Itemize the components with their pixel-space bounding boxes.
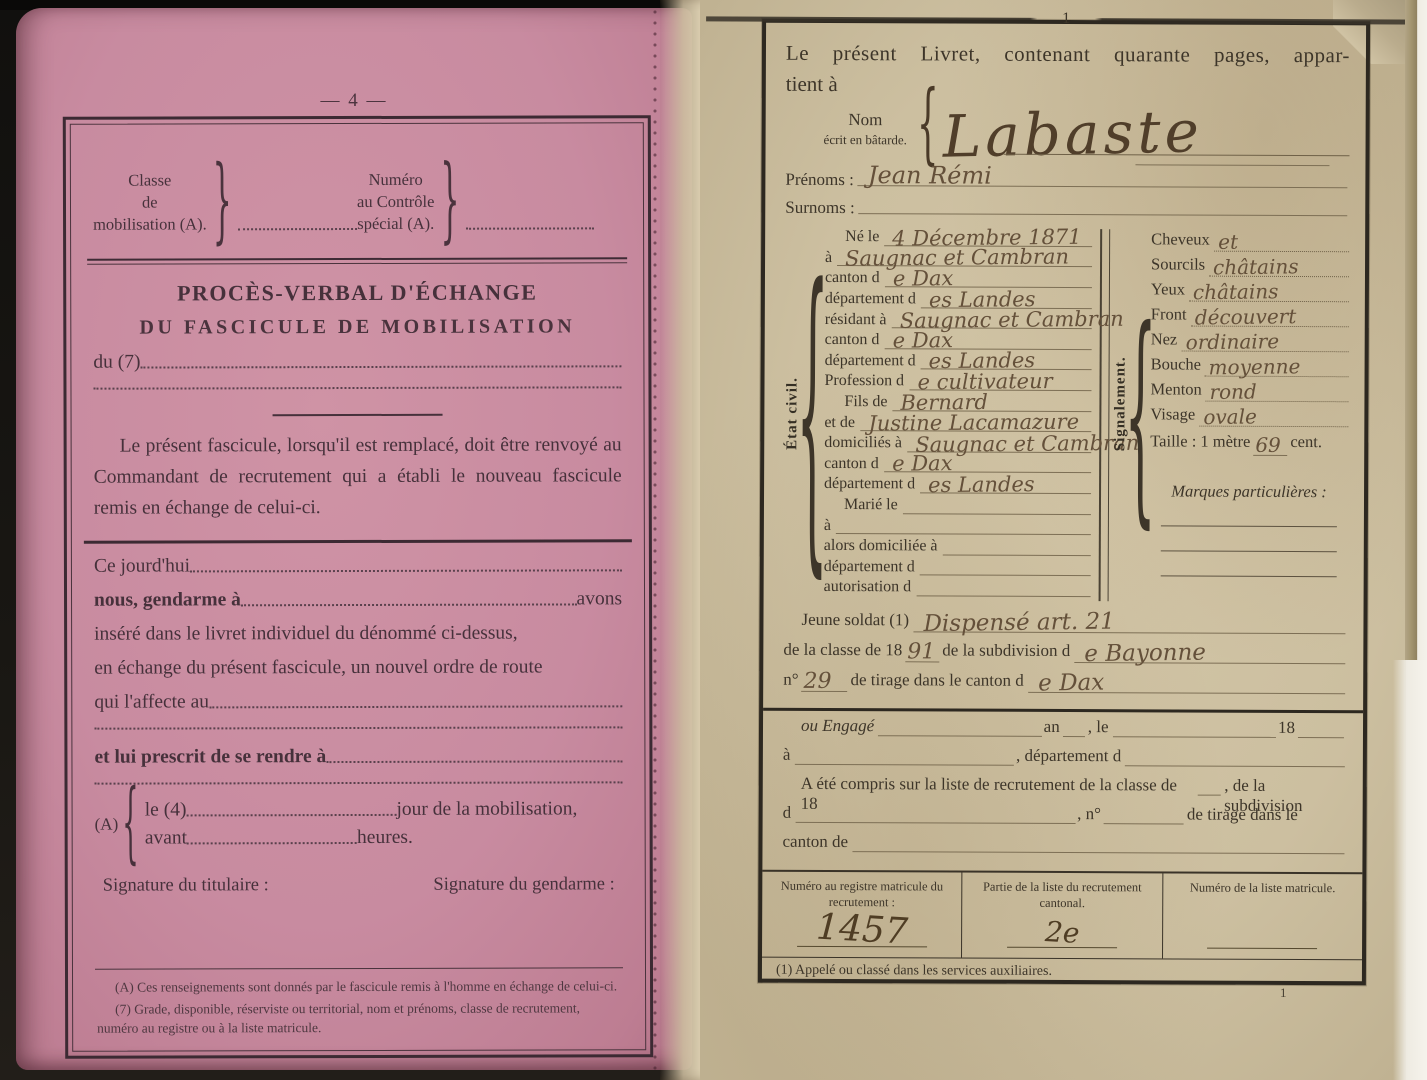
civil-field-row: àSaugnac et Cambran <box>825 249 1092 271</box>
field-label: canton d <box>825 331 880 349</box>
registre-handwritten-value: 1457 <box>815 911 908 949</box>
blank-line <box>1161 576 1337 578</box>
dotted-blank-line <box>93 384 621 389</box>
etat-civil-brace-icon: { <box>804 228 822 600</box>
field-label: Fils de <box>824 393 887 411</box>
brace-icon: } <box>440 147 459 256</box>
insere-line-1: inséré dans le livret individuel du déno… <box>94 622 622 645</box>
blank-line <box>1125 763 1345 767</box>
field-label: canton d <box>824 455 879 473</box>
prenoms-label: Prénoms : <box>785 170 854 190</box>
etat-civil-signalement-section: État civil. { Né le4 Décembre 1871 àSaug… <box>784 228 1350 602</box>
signalement-fields: Cheveuxet Sourcilschâtains Yeuxchâtains … <box>1148 230 1350 603</box>
mobilisation-header: Classe de mobilisation (A). } Numéro au … <box>93 155 621 248</box>
right-page-frame: 1 Le présent Livret, contenant quarante … <box>758 19 1370 986</box>
civil-field-row: département des Landes <box>824 475 1091 497</box>
heures-label: heures. <box>357 826 413 848</box>
field-label: canton d <box>825 269 880 287</box>
signalement-row: Frontdécouvert <box>1151 305 1349 331</box>
col-header: Numéro de la liste matricule. <box>1178 880 1347 897</box>
field-handwritten-value: e Dax <box>893 266 954 291</box>
engage-row-1: ou Engagé an , le 18 <box>783 716 1347 742</box>
table-col-registre: Numéro au registre matricule du recrutem… <box>762 872 963 958</box>
title-line-1: PROCÈS-VERBAL D'ÉCHANGE <box>93 279 621 306</box>
intro-line-1: Le présent Livret, contenant quarante pa… <box>786 41 1350 68</box>
field-line: châtains <box>1189 299 1349 303</box>
subdivision-line: e Bayonne <box>1074 660 1345 664</box>
canton-row: canton de <box>782 832 1346 858</box>
jeune-soldat-handwritten-value: Dispensé art. 21 <box>923 609 1115 638</box>
tirage-label: de tirage dans le canton d <box>850 670 1023 691</box>
notice-paragraph: Le présent fascicule, lorsqu'il est remp… <box>94 429 622 524</box>
ce-jourdhui-row: Ce jourd'hui <box>94 554 622 577</box>
left-page-inner: Classe de mobilisation (A). } Numéro au … <box>70 122 646 1051</box>
blank-line <box>1063 734 1085 737</box>
signature-titulaire-label: Signature du titulaire : <box>103 875 269 896</box>
civil-field-row: département d <box>824 558 1091 580</box>
field-line: châtains <box>1209 274 1349 278</box>
canton-de-label: canton de <box>782 832 848 852</box>
prenoms-row: Prénoms : Jean Rémi <box>785 170 1349 192</box>
field-handwritten-value: châtains <box>1213 254 1299 279</box>
signalement-row: Nezordinaire <box>1151 330 1349 356</box>
blank-line <box>794 762 1014 766</box>
surnoms-row: Surnoms : <box>785 198 1349 220</box>
surnoms-line <box>859 211 1348 216</box>
field-line: ovale <box>1199 424 1348 428</box>
col-value-line: 2e <box>1007 920 1117 948</box>
signature-row: Signature du titulaire : Signature du ge… <box>95 874 623 896</box>
compris-no-label: , n° <box>1077 804 1101 824</box>
field-line: et <box>1214 249 1349 253</box>
left-footnotes: (A) Ces renseignements sont donnés par l… <box>95 968 623 1051</box>
left-page-pink: — 4 — Classe de mobilisation (A). } <box>16 8 692 1070</box>
dix-huit-label: 18 <box>1278 718 1295 738</box>
right-footnote: (1) Appelé ou classé dans les services a… <box>762 957 1362 982</box>
field-label: et de <box>824 413 855 431</box>
signalement-brace-icon: { <box>1132 229 1150 601</box>
title-line-2: DU FASCICULE DE MOBILISATION <box>93 315 621 339</box>
field-handwritten-value: Saugnac et Cambran <box>845 245 1069 271</box>
numero-group: Numéro au Contrôle spécial (A). } <box>357 168 621 235</box>
field-handwritten-value: et <box>1218 230 1238 254</box>
departement-label: , département d <box>1016 746 1121 766</box>
avant-label: avant <box>145 827 187 849</box>
surnoms-label: Surnoms : <box>785 198 855 218</box>
col-header: Partie de la liste du recrutement canton… <box>977 879 1147 912</box>
jour-mobilisation-label: jour de la mobilisation, <box>396 798 577 820</box>
taille-handwritten-value: 69 <box>1255 433 1281 457</box>
a-reference: (A) <box>95 814 119 834</box>
field-handwritten-value: ordinaire <box>1185 329 1279 354</box>
blank-line <box>1161 526 1337 528</box>
left-page-border-box: Classe de mobilisation (A). } Numéro au … <box>63 115 653 1059</box>
engage-label: ou Engagé <box>783 716 874 736</box>
compris-d-label: d <box>783 803 792 823</box>
field-handwritten-value: découvert <box>1194 304 1296 329</box>
blank-line <box>1197 793 1221 796</box>
mobilisation-day-section: (A) { le (4) jour de la mobilisation, av… <box>95 798 623 849</box>
classe-label-l3: mobilisation (A). <box>93 214 207 237</box>
compris-label-1: A été compris sur la liste de recrutemen… <box>783 774 1195 816</box>
civil-field-row: à <box>824 516 1091 538</box>
field-line <box>943 552 1091 556</box>
taille-row: Taille : 1 mètre 69 cent. <box>1150 432 1348 461</box>
dotted-blank-line <box>141 363 622 368</box>
etat-civil-fields: Né le4 Décembre 1871 àSaugnac et Cambran… <box>820 228 1093 601</box>
column-divider <box>1099 229 1111 601</box>
compris-tirage-label: de tirage dans le <box>1187 805 1298 825</box>
nom-label-block: Nom écrit en bâtarde. <box>824 110 908 148</box>
field-label: département d <box>825 352 916 370</box>
tirage-handwritten-value: e Dax <box>1038 670 1104 697</box>
classe-group: Classe de mobilisation (A). } <box>93 169 357 236</box>
blank-line <box>1112 734 1276 738</box>
field-line <box>920 573 1091 577</box>
signature-gendarme-label: Signature du gendarme : <box>433 874 614 895</box>
field-line: rond <box>1206 399 1349 403</box>
compris-row-1: A été compris sur la liste de recrutemen… <box>783 774 1347 800</box>
affecte-row: qui l'affecte au <box>94 690 622 713</box>
signalement-row: Cheveuxet <box>1151 230 1349 256</box>
classe-row: de la classe de 18 91 de la subdivision … <box>783 640 1347 668</box>
classe-label-l2: de <box>93 191 207 214</box>
numero-label: Numéro au Contrôle spécial (A). <box>357 168 435 235</box>
field-label: résidant à <box>825 311 887 329</box>
field-label: Marié le <box>824 496 898 514</box>
dotted-blank-line <box>190 567 622 572</box>
numero-label-l3: spécial (A). <box>357 213 435 235</box>
subdivision-label: de la subdivision d <box>942 641 1070 662</box>
numero-label-l1: Numéro <box>357 168 435 190</box>
field-handwritten-value: moyenne <box>1209 354 1301 379</box>
field-line: Saugnac et Cambran <box>837 263 1092 267</box>
col-value-line: 1457 <box>797 913 927 947</box>
signalement-row: Visageovale <box>1150 405 1348 431</box>
civil-field-row: résidant àSaugnac et Cambran <box>825 311 1092 333</box>
jeune-soldat-row: Jeune soldat (1) Dispensé art. 21 <box>783 610 1347 638</box>
nom-underline-2 <box>1135 164 1329 166</box>
tirage-line: e Dax <box>1028 690 1345 694</box>
classe-label-l1: Classe <box>93 169 207 192</box>
gendarme-row: nous, gendarme à avons <box>94 588 622 611</box>
nom-row: Nom écrit en bâtarde. { Labaste <box>785 99 1349 165</box>
a-lines: le (4) jour de la mobilisation, avant he… <box>145 798 623 849</box>
field-handwritten-value: rond <box>1210 380 1258 405</box>
field-label: département d <box>824 475 915 493</box>
numero-handwritten-value: 29 <box>803 669 831 694</box>
footnote-a: (A) Ces renseignements sont donnés par l… <box>97 977 621 998</box>
gendarme-label: nous, gendarme à <box>94 589 241 611</box>
field-label: Profession d <box>824 372 904 390</box>
affecte-label: qui l'affecte au <box>94 691 209 713</box>
field-handwritten-value: es Landes <box>928 472 1035 497</box>
le4-row: le (4) jour de la mobilisation, <box>145 798 623 821</box>
field-label: Menton <box>1150 380 1201 400</box>
blank-row <box>95 779 623 789</box>
blank-line <box>1104 821 1184 824</box>
field-line <box>836 531 1091 535</box>
matricule-table: Numéro au registre matricule du recrutem… <box>762 870 1362 959</box>
dotted-blank-line <box>326 758 622 763</box>
table-col-partie-liste: Partie de la liste du recrutement canton… <box>962 873 1163 959</box>
signalement-row: Bouchemoyenne <box>1151 355 1349 381</box>
civil-field-row: Marié le <box>824 496 1091 518</box>
dotted-blank-line <box>187 840 357 844</box>
classe-line: 91 <box>905 659 939 662</box>
scanner-bed-white <box>1393 660 1427 1080</box>
field-label: autorisation d <box>824 578 912 596</box>
blank-row <box>94 724 622 734</box>
prenoms-handwritten-value: Jean Rémi <box>868 161 992 190</box>
field-handwritten-value: ovale <box>1203 405 1257 430</box>
taille-label: Taille : 1 mètre <box>1150 432 1250 452</box>
an-label: an <box>1044 717 1060 737</box>
field-label: Sourcils <box>1151 255 1205 275</box>
field-label: Cheveux <box>1151 230 1210 250</box>
nom-label: Nom <box>824 110 907 130</box>
marques-block: Marques particulières : <box>1150 482 1348 578</box>
field-label: département d <box>824 558 915 576</box>
du-row: du (7) <box>93 350 621 373</box>
field-handwritten-value: châtains <box>1193 279 1279 304</box>
blank-line <box>878 733 1042 737</box>
blank-line <box>1161 551 1337 553</box>
classe-handwritten-value: 91 <box>907 640 935 665</box>
blank-row <box>93 384 621 394</box>
blank-line <box>1298 735 1344 738</box>
avons-label: avons <box>577 588 623 610</box>
classe-label: de la classe de 18 <box>783 640 902 661</box>
subdivision-handwritten-value: e Bayonne <box>1084 640 1206 668</box>
field-label: alors domiciliée à <box>824 537 938 555</box>
left-page-number: — 4 — <box>16 90 692 112</box>
field-line: découvert <box>1191 324 1349 328</box>
tirage-row: n° 29 de tirage dans le canton d e Dax <box>783 670 1347 698</box>
classe-label: Classe de mobilisation (A). <box>93 169 207 236</box>
blank-line <box>795 820 1075 824</box>
a-label: à <box>783 745 791 765</box>
ce-jourdhui-label: Ce jourd'hui <box>94 555 190 577</box>
dotted-blank-line <box>238 226 357 230</box>
dotted-blank-line <box>186 811 396 816</box>
right-page-content: Le présent Livret, contenant quarante pa… <box>762 23 1366 982</box>
col-value-line <box>1207 928 1317 949</box>
right-page-number-bottom: 1 <box>1280 985 1287 1001</box>
scanned-military-booklet: — 4 — Classe de mobilisation (A). } <box>0 0 1427 1080</box>
le-label: , le <box>1088 717 1109 737</box>
jeune-soldat-label: Jeune soldat (1) <box>783 610 909 631</box>
intro-line-2: tient à <box>786 72 1350 99</box>
numero-line: 29 <box>801 689 847 692</box>
dotted-blank-line <box>94 724 622 729</box>
blank-line <box>852 849 1344 854</box>
field-label: Né le <box>825 228 879 246</box>
engage-section: ou Engagé an , le 18 à , département d <box>782 711 1347 858</box>
field-label: Visage <box>1150 405 1195 425</box>
jeune-soldat-line: Dispensé art. 21 <box>913 630 1345 635</box>
nom-sublabel: écrit en bâtarde. <box>824 132 907 148</box>
dotted-blank-line <box>95 779 623 784</box>
signalement-row: Mentonrond <box>1150 380 1348 406</box>
rendre-row: et lui prescrit de se rendre à <box>94 745 622 768</box>
field-line: es Landes <box>920 490 1091 494</box>
civil-field-row: alors domiciliée à <box>824 537 1091 559</box>
thick-rule <box>84 539 632 543</box>
engage-row-2: à , département d <box>783 745 1347 771</box>
dotted-blank-line <box>466 226 594 230</box>
dotted-blank-line <box>241 601 577 606</box>
field-label: département d <box>825 290 916 308</box>
field-line: moyenne <box>1205 374 1349 378</box>
jeune-soldat-section: Jeune soldat (1) Dispensé art. 21 de la … <box>783 606 1347 698</box>
double-rule <box>87 257 627 264</box>
insere-line-2: en échange du présent fascicule, un nouv… <box>94 656 622 679</box>
field-line <box>903 511 1091 515</box>
partie-handwritten-value: 2e <box>1044 919 1080 946</box>
section-rule <box>273 414 443 416</box>
numero-tirage-label: n° <box>783 670 798 690</box>
brace-icon: { <box>122 773 139 875</box>
right-page-tan: 1 Le présent Livret, contenant quarante … <box>700 0 1407 1080</box>
civil-field-row: autorisation d <box>824 578 1091 600</box>
field-label: Bouche <box>1151 355 1201 375</box>
taille-unit: cent. <box>1290 432 1322 452</box>
field-line: ordinaire <box>1181 349 1348 353</box>
table-col-liste-matricule: Numéro de la liste matricule. <box>1163 874 1363 960</box>
field-label: domiciliés à <box>824 434 902 452</box>
taille-line: 69 <box>1253 453 1287 456</box>
civil-field-row: domiciliés àSaugnac et Cambran <box>824 434 1091 456</box>
footnote-7: (7) Grade, disponible, réserviste ou ter… <box>97 998 621 1038</box>
du-label: du (7) <box>93 352 140 374</box>
prenoms-line: Jean Rémi <box>858 183 1348 188</box>
signalement-row: Sourcilschâtains <box>1151 255 1349 281</box>
avant-row: avant heures. <box>145 826 623 849</box>
numero-label-l2: au Contrôle <box>357 191 435 213</box>
col-header: Numéro au registre matricule du recrutem… <box>777 878 947 911</box>
dotted-blank-line <box>209 703 622 708</box>
signalement-row: Yeuxchâtains <box>1151 280 1349 306</box>
proces-verbal-title: PROCÈS-VERBAL D'ÉCHANGE DU FASCICULE DE … <box>93 279 621 339</box>
field-line <box>916 593 1090 597</box>
marques-label: Marques particulières : <box>1150 482 1348 503</box>
rendre-label: et lui prescrit de se rendre à <box>94 746 326 769</box>
brace-icon: } <box>213 148 232 257</box>
le4-label: le (4) <box>145 799 187 821</box>
